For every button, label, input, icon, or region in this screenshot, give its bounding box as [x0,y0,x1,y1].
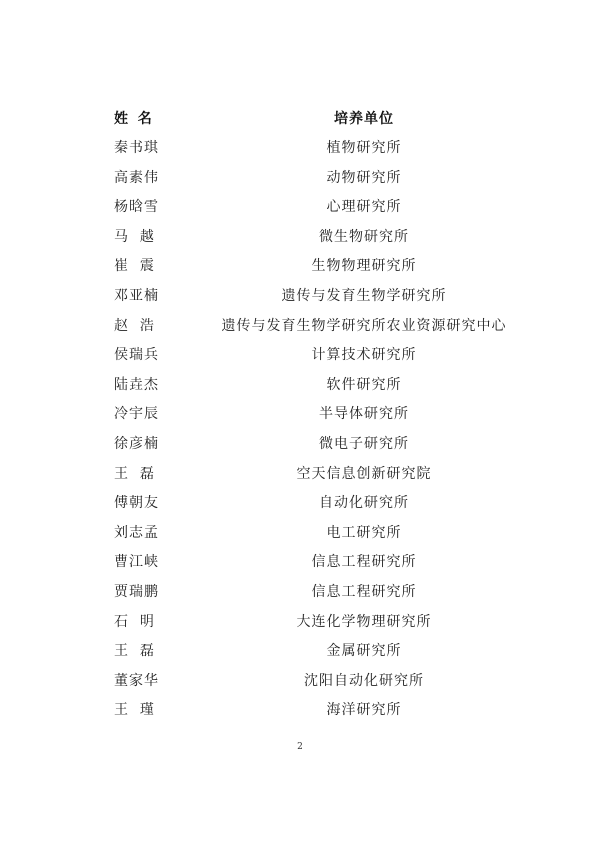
table-row: 董家华 沈阳自动化研究所 [114,667,534,697]
row-name: 石 明 [114,608,174,638]
row-name: 董家华 [114,667,174,697]
table-row: 王 磊 金属研究所 [114,637,534,667]
row-unit: 遗传与发育生物学研究所 [194,282,534,312]
row-name: 贾瑞鹏 [114,578,174,608]
header-unit: 培养单位 [194,104,534,134]
row-unit: 空天信息创新研究院 [194,460,534,490]
row-name: 杨晗雪 [114,193,174,223]
table-row: 冷宇辰 半导体研究所 [114,400,534,430]
table-row: 贾瑞鹏 信息工程研究所 [114,578,534,608]
row-unit: 微电子研究所 [194,430,534,460]
row-unit: 微生物研究所 [194,223,534,253]
table-row: 秦书琪 植物研究所 [114,134,534,164]
table-row: 崔 震 生物物理研究所 [114,252,534,282]
row-name: 马 越 [114,223,174,253]
row-name: 秦书琪 [114,134,174,164]
table-row: 杨晗雪 心理研究所 [114,193,534,223]
row-name: 冷宇辰 [114,400,174,430]
table-row: 刘志孟 电工研究所 [114,519,534,549]
recipients-table: 姓 名 培养单位 秦书琪 植物研究所 高素伟 动物研究所 杨晗雪 心理研究所 马… [114,104,534,726]
row-unit: 自动化研究所 [194,489,534,519]
table-row: 赵 浩 遗传与发育生物学研究所农业资源研究中心 [114,312,534,342]
row-name: 王 磊 [114,637,174,667]
row-unit: 生物物理研究所 [194,252,534,282]
row-name: 徐彦楠 [114,430,174,460]
row-unit: 大连化学物理研究所 [194,608,534,638]
row-unit: 沈阳自动化研究所 [194,667,534,697]
table-row: 高素伟 动物研究所 [114,164,534,194]
row-name: 王 磊 [114,460,174,490]
table-row: 邓亚楠 遗传与发育生物学研究所 [114,282,534,312]
header-name: 姓 名 [114,104,174,134]
row-name: 傅朝友 [114,489,174,519]
row-name: 赵 浩 [114,312,174,342]
row-name: 邓亚楠 [114,282,174,312]
row-name: 侯瑞兵 [114,341,174,371]
row-unit: 信息工程研究所 [194,578,534,608]
row-unit: 金属研究所 [194,637,534,667]
row-unit: 心理研究所 [194,193,534,223]
table-row: 陆垚杰 软件研究所 [114,371,534,401]
row-unit: 电工研究所 [194,519,534,549]
table-header: 姓 名 培养单位 [114,104,534,134]
table-row: 徐彦楠 微电子研究所 [114,430,534,460]
row-unit: 信息工程研究所 [194,548,534,578]
row-name: 刘志孟 [114,519,174,549]
table-row: 王 瑾 海洋研究所 [114,696,534,726]
row-name: 曹江峡 [114,548,174,578]
table-row: 侯瑞兵 计算技术研究所 [114,341,534,371]
document-page: 姓 名 培养单位 秦书琪 植物研究所 高素伟 动物研究所 杨晗雪 心理研究所 马… [0,0,600,848]
table-row: 石 明 大连化学物理研究所 [114,608,534,638]
row-name: 陆垚杰 [114,371,174,401]
row-unit: 计算技术研究所 [194,341,534,371]
table-row: 傅朝友 自动化研究所 [114,489,534,519]
row-name: 崔 震 [114,252,174,282]
table-row: 王 磊 空天信息创新研究院 [114,460,534,490]
table-row: 马 越 微生物研究所 [114,223,534,253]
row-unit: 海洋研究所 [194,696,534,726]
page-number: 2 [0,742,600,752]
row-name: 王 瑾 [114,696,174,726]
row-unit: 软件研究所 [194,371,534,401]
row-name: 高素伟 [114,164,174,194]
row-unit: 遗传与发育生物学研究所农业资源研究中心 [194,312,534,342]
row-unit: 动物研究所 [194,164,534,194]
table-row: 曹江峡 信息工程研究所 [114,548,534,578]
row-unit: 植物研究所 [194,134,534,164]
row-unit: 半导体研究所 [194,400,534,430]
